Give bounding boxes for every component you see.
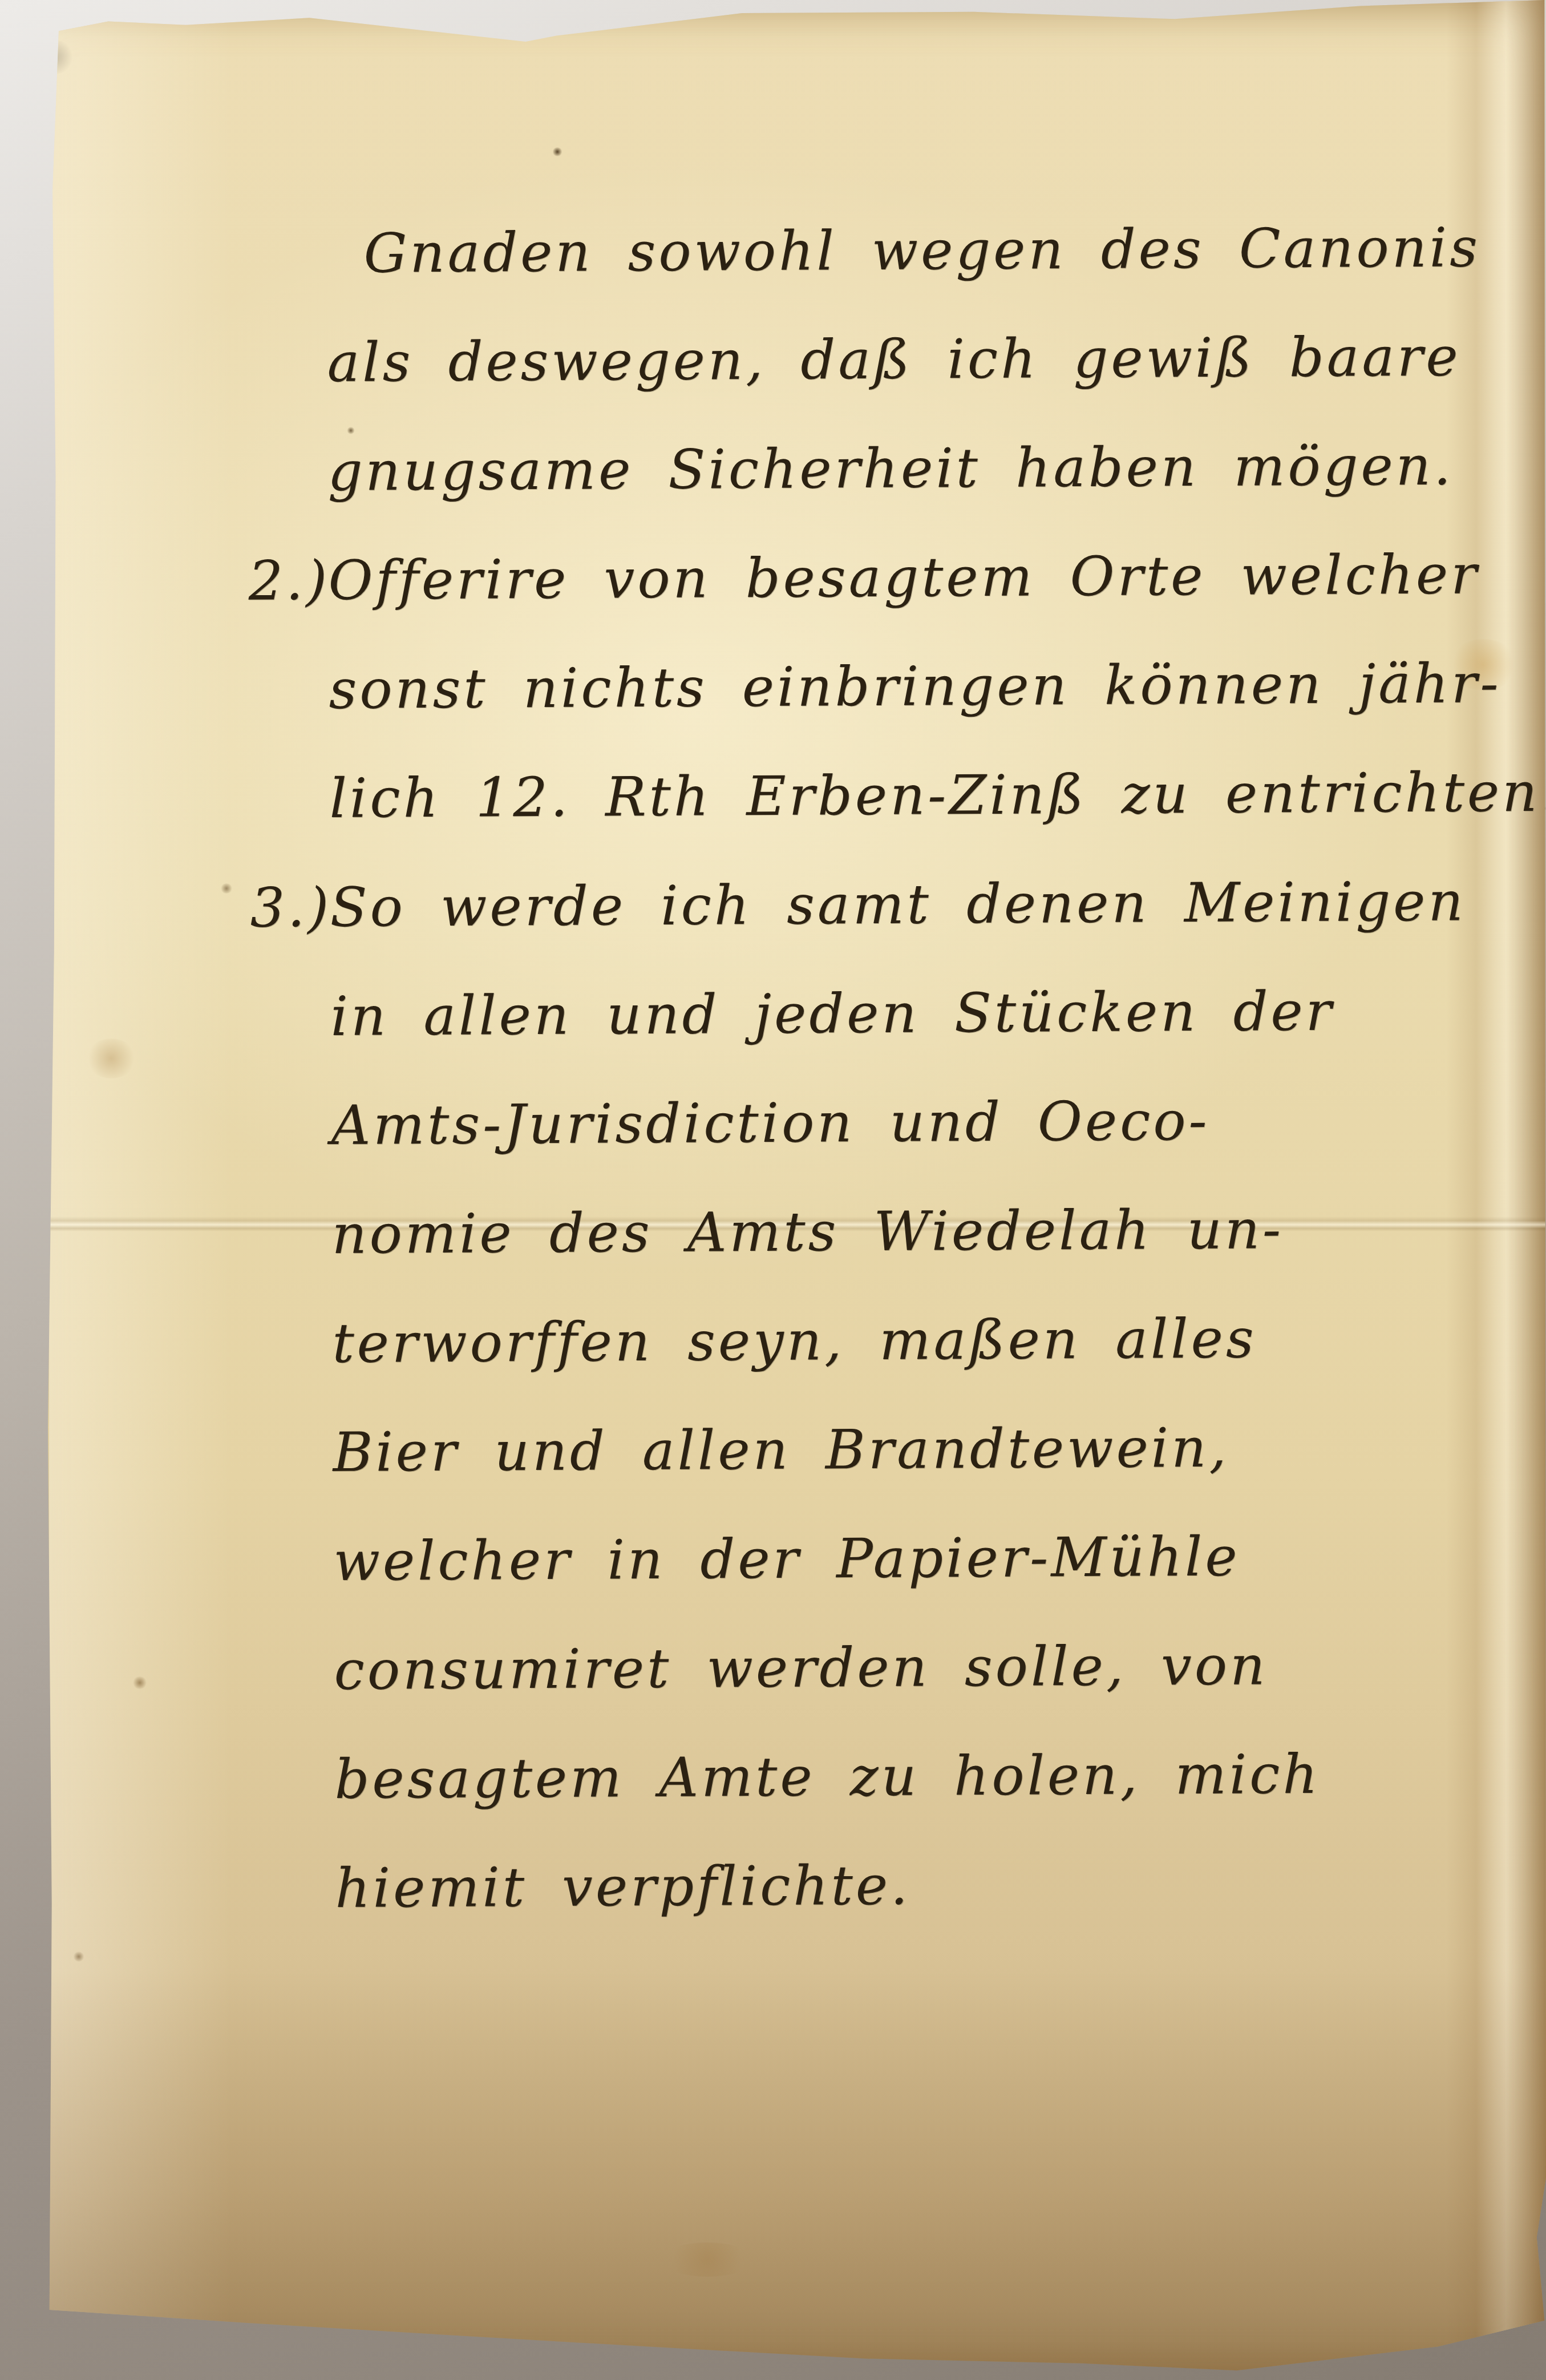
manuscript-line: gnugsame Sicherheit haben mögen. <box>248 411 1486 527</box>
list-item-marker: 3.) <box>250 854 330 963</box>
manuscript-line: 2.)Offerire von besagtem Orte welcher <box>248 520 1487 636</box>
manuscript-line: besagtem Amte zu holen, mich <box>254 1719 1493 1835</box>
list-item-marker: 2.) <box>248 527 329 636</box>
manuscript-line-text: sonst nichts einbringen können jähr- <box>329 652 1501 721</box>
manuscript-line-text: terworffen seyn, maßen alles <box>332 1307 1257 1375</box>
manuscript-line: Bier und allen Brandtewein, <box>253 1392 1491 1508</box>
manuscript-line-text: als deswegen, daß ich gewiß baare <box>327 326 1461 394</box>
manuscript-line: Amts-Jurisdiction und Oeco- <box>251 1065 1490 1181</box>
manuscript-line-text: in allen und jeden Stücken der <box>330 980 1334 1048</box>
manuscript-line-text: lich 12. Rth Erben-Zinß zu entrichten. <box>329 761 1546 830</box>
manuscript-line-text: nomie des Amts Wiedelah un- <box>331 1198 1284 1266</box>
manuscript-line-text: consumiret werden solle, von <box>334 1634 1268 1702</box>
manuscript-line: welcher in der Papier-Mühle <box>253 1501 1492 1617</box>
manuscript-line-text: welcher in der Papier-Mühle <box>333 1526 1240 1593</box>
ink-speck <box>552 147 562 156</box>
manuscript-line-text: gnugsame Sicherheit haben mögen. <box>327 435 1454 503</box>
manuscript-page: Gnaden sowohl wegen des Canonisals deswe… <box>0 0 1546 2380</box>
manuscript-line: als deswegen, daß ich gewiß baare <box>247 302 1486 418</box>
manuscript-line-text: besagtem Amte zu holen, mich <box>334 1743 1321 1811</box>
manuscript-line-text: Offerire von besagtem Orte welcher <box>328 543 1480 612</box>
manuscript-line-text: Gnaden sowohl wegen des Canonis <box>363 216 1480 285</box>
manuscript-line-text: So werde ich samt denen Meinigen <box>330 871 1466 939</box>
bottom-aging-band <box>0 1969 1546 2380</box>
manuscript-line-text: Amts-Jurisdiction und Oeco- <box>331 1090 1210 1157</box>
manuscript-line: Gnaden sowohl wegen des Canonis <box>246 193 1485 309</box>
manuscript-line: terworffen seyn, maßen alles <box>252 1283 1491 1399</box>
manuscript-line: consumiret werden solle, von <box>254 1610 1492 1726</box>
manuscript-line: in allen und jeden Stücken der <box>250 956 1489 1072</box>
manuscript-line-text: Bier und allen Brandtewein, <box>333 1417 1229 1484</box>
photo-background: Gnaden sowohl wegen des Canonisals deswe… <box>0 0 1546 2380</box>
handwritten-text-block: Gnaden sowohl wegen des Canonisals deswe… <box>246 193 1494 1943</box>
manuscript-line: hiemit verpflichte. <box>255 1828 1494 1943</box>
manuscript-line: sonst nichts einbringen können jähr- <box>249 629 1487 745</box>
manuscript-line-text: hiemit verpflichte. <box>335 1854 910 1920</box>
manuscript-line: nomie des Amts Wiedelah un- <box>252 1174 1490 1290</box>
manuscript-line: lich 12. Rth Erben-Zinß zu entrichten. <box>249 738 1488 854</box>
manuscript-line: 3.)So werde ich samt denen Meinigen <box>250 847 1488 963</box>
